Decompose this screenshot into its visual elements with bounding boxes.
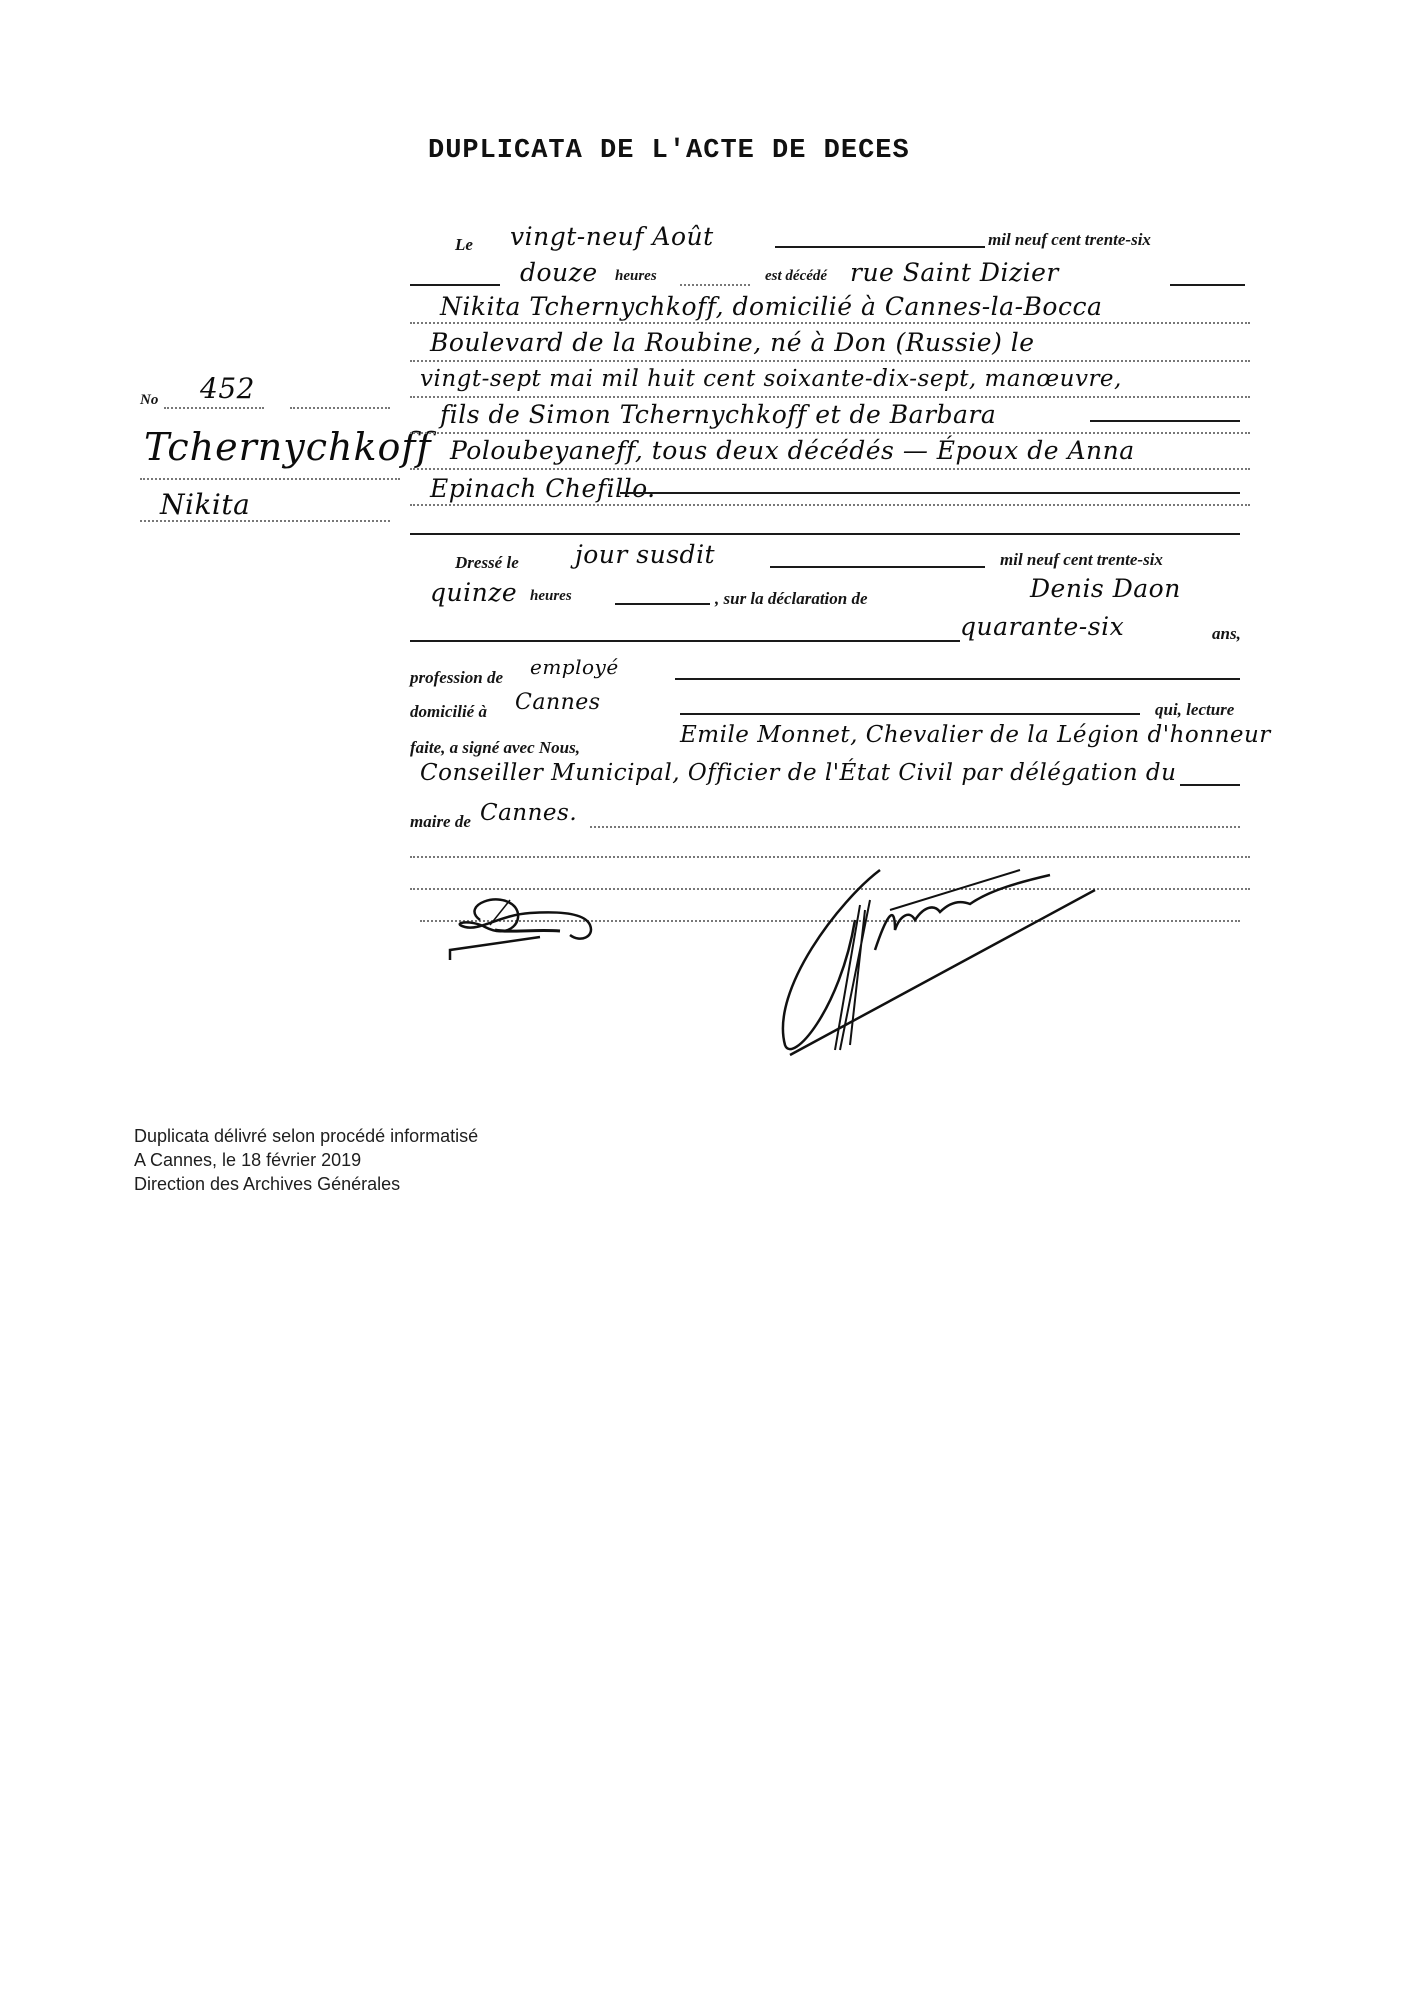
deceased-address-birth: Boulevard de la Roubine, né à Don (Russi… — [430, 328, 1035, 357]
deceased-identity: Nikita Tchernychkoff, domicilié à Cannes… — [440, 292, 1102, 321]
declaration-year: mil neuf cent trente-six — [1000, 550, 1163, 570]
le-label: Le — [455, 235, 473, 255]
maire-city: Cannes. — [480, 800, 577, 826]
heures-label: heures — [615, 268, 657, 285]
record-number: 452 — [200, 372, 255, 405]
declarant-profession: employé — [530, 655, 619, 679]
signed-label: faite, a signé avec Nous, — [410, 738, 580, 758]
declaration-date: jour susdit — [575, 540, 715, 569]
lecture-label: qui, lecture — [1155, 700, 1234, 720]
death-hour: douze — [520, 258, 598, 287]
death-place: rue Saint Dizier — [850, 258, 1059, 287]
declaration-label: , sur la déclaration de — [715, 589, 868, 609]
signature-declarant — [440, 885, 620, 965]
declaration-heures-label: heures — [530, 588, 572, 605]
footer-line-2: A Cannes, le 18 février 2019 — [134, 1148, 361, 1172]
death-year: mil neuf cent trente-six — [988, 230, 1151, 250]
declaration-hour: quinze — [430, 578, 517, 607]
number-label: No — [140, 392, 158, 409]
document-title: DUPLICATA DE L'ACTE DE DECES — [428, 136, 910, 166]
declarant-domicile: Cannes — [515, 690, 601, 715]
declarant-age: quarante-six — [960, 612, 1124, 641]
profession-label: profession de — [410, 668, 503, 688]
officer-line-1: Emile Monnet, Chevalier de la Légion d'h… — [680, 722, 1271, 748]
declarant-name: Denis Daon — [1030, 574, 1181, 603]
footer-line-3: Direction des Archives Générales — [134, 1172, 400, 1196]
deceased-spouse: Poloubeyaneff, tous deux décédés — Époux… — [450, 436, 1135, 465]
signature-officer — [690, 860, 1110, 1060]
deceased-label: est décédé — [765, 268, 827, 285]
ans-label: ans, — [1212, 624, 1241, 644]
deceased-parents: fils de Simon Tchernychkoff et de Barbar… — [440, 400, 996, 429]
spouse-name: Epinach Chefillo. — [430, 474, 656, 503]
margin-given-name: Nikita — [160, 488, 250, 521]
maire-label: maire de — [410, 812, 471, 832]
deceased-birthdate-occupation: vingt-sept mai mil huit cent soixante-di… — [420, 366, 1122, 392]
footer-line-1: Duplicata délivré selon procédé informat… — [134, 1124, 478, 1148]
domicile-label: domicilié à — [410, 702, 487, 722]
death-date: vingt-neuf Août — [510, 222, 714, 251]
dresse-label: Dressé le — [455, 553, 519, 573]
margin-surname: Tchernychkoff — [144, 425, 432, 469]
officer-line-2: Conseiller Municipal, Officier de l'État… — [420, 760, 1176, 786]
